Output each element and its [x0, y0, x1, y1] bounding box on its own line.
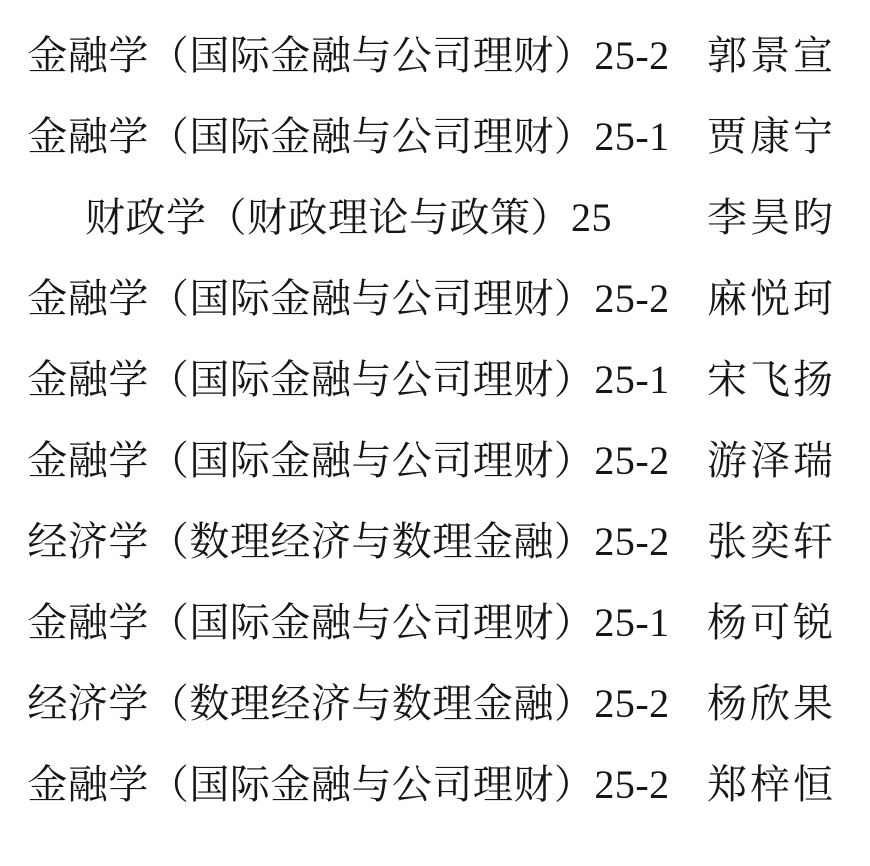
roster-row: 金融学（国际金融与公司理财）25-2 游泽瑞 [0, 420, 870, 501]
student-name: 杨欣果 [707, 684, 836, 724]
student-name: 郑梓恒 [707, 765, 836, 805]
program-class-label: 金融学（国际金融与公司理财）25-2 [0, 36, 697, 76]
roster-row: 金融学（国际金融与公司理财）25-2 郭景宣 [0, 15, 870, 96]
roster-row: 金融学（国际金融与公司理财）25-2 麻悦珂 [0, 258, 870, 339]
roster-row: 经济学（数理经济与数理金融）25-2 杨欣果 [0, 663, 870, 744]
program-class-label: 经济学（数理经济与数理金融）25-2 [0, 522, 697, 562]
program-class-label: 金融学（国际金融与公司理财）25-1 [0, 360, 697, 400]
program-class-label: 经济学（数理经济与数理金融）25-2 [0, 684, 697, 724]
student-name: 张奕轩 [707, 522, 836, 562]
student-name: 郭景宣 [707, 36, 836, 76]
roster-row: 金融学（国际金融与公司理财）25-1 贾康宁 [0, 96, 870, 177]
student-name: 宋飞扬 [707, 360, 836, 400]
roster-row: 经济学（数理经济与数理金融）25-2 张奕轩 [0, 501, 870, 582]
student-name: 杨可锐 [707, 603, 836, 643]
program-class-label: 金融学（国际金融与公司理财）25-1 [0, 117, 697, 157]
roster-page: 金融学（国际金融与公司理财）25-2 郭景宣 金融学（国际金融与公司理财）25-… [0, 0, 870, 866]
program-class-label: 金融学（国际金融与公司理财）25-2 [0, 441, 697, 481]
program-class-label: 金融学（国际金融与公司理财）25-2 [0, 279, 697, 319]
roster-row: 金融学（国际金融与公司理财）25-1 杨可锐 [0, 582, 870, 663]
student-name: 游泽瑞 [707, 441, 836, 481]
program-class-label: 金融学（国际金融与公司理财）25-1 [0, 603, 697, 643]
student-name: 麻悦珂 [707, 279, 836, 319]
roster-list: 金融学（国际金融与公司理财）25-2 郭景宣 金融学（国际金融与公司理财）25-… [0, 15, 870, 825]
program-class-label: 金融学（国际金融与公司理财）25-2 [0, 765, 697, 805]
roster-row: 财政学（财政理论与政策）25 李昊昀 [0, 177, 870, 258]
program-class-label: 财政学（财政理论与政策）25 [0, 198, 697, 238]
roster-row: 金融学（国际金融与公司理财）25-2 郑梓恒 [0, 744, 870, 825]
roster-row: 金融学（国际金融与公司理财）25-1 宋飞扬 [0, 339, 870, 420]
student-name: 李昊昀 [707, 198, 836, 238]
student-name: 贾康宁 [707, 117, 836, 157]
